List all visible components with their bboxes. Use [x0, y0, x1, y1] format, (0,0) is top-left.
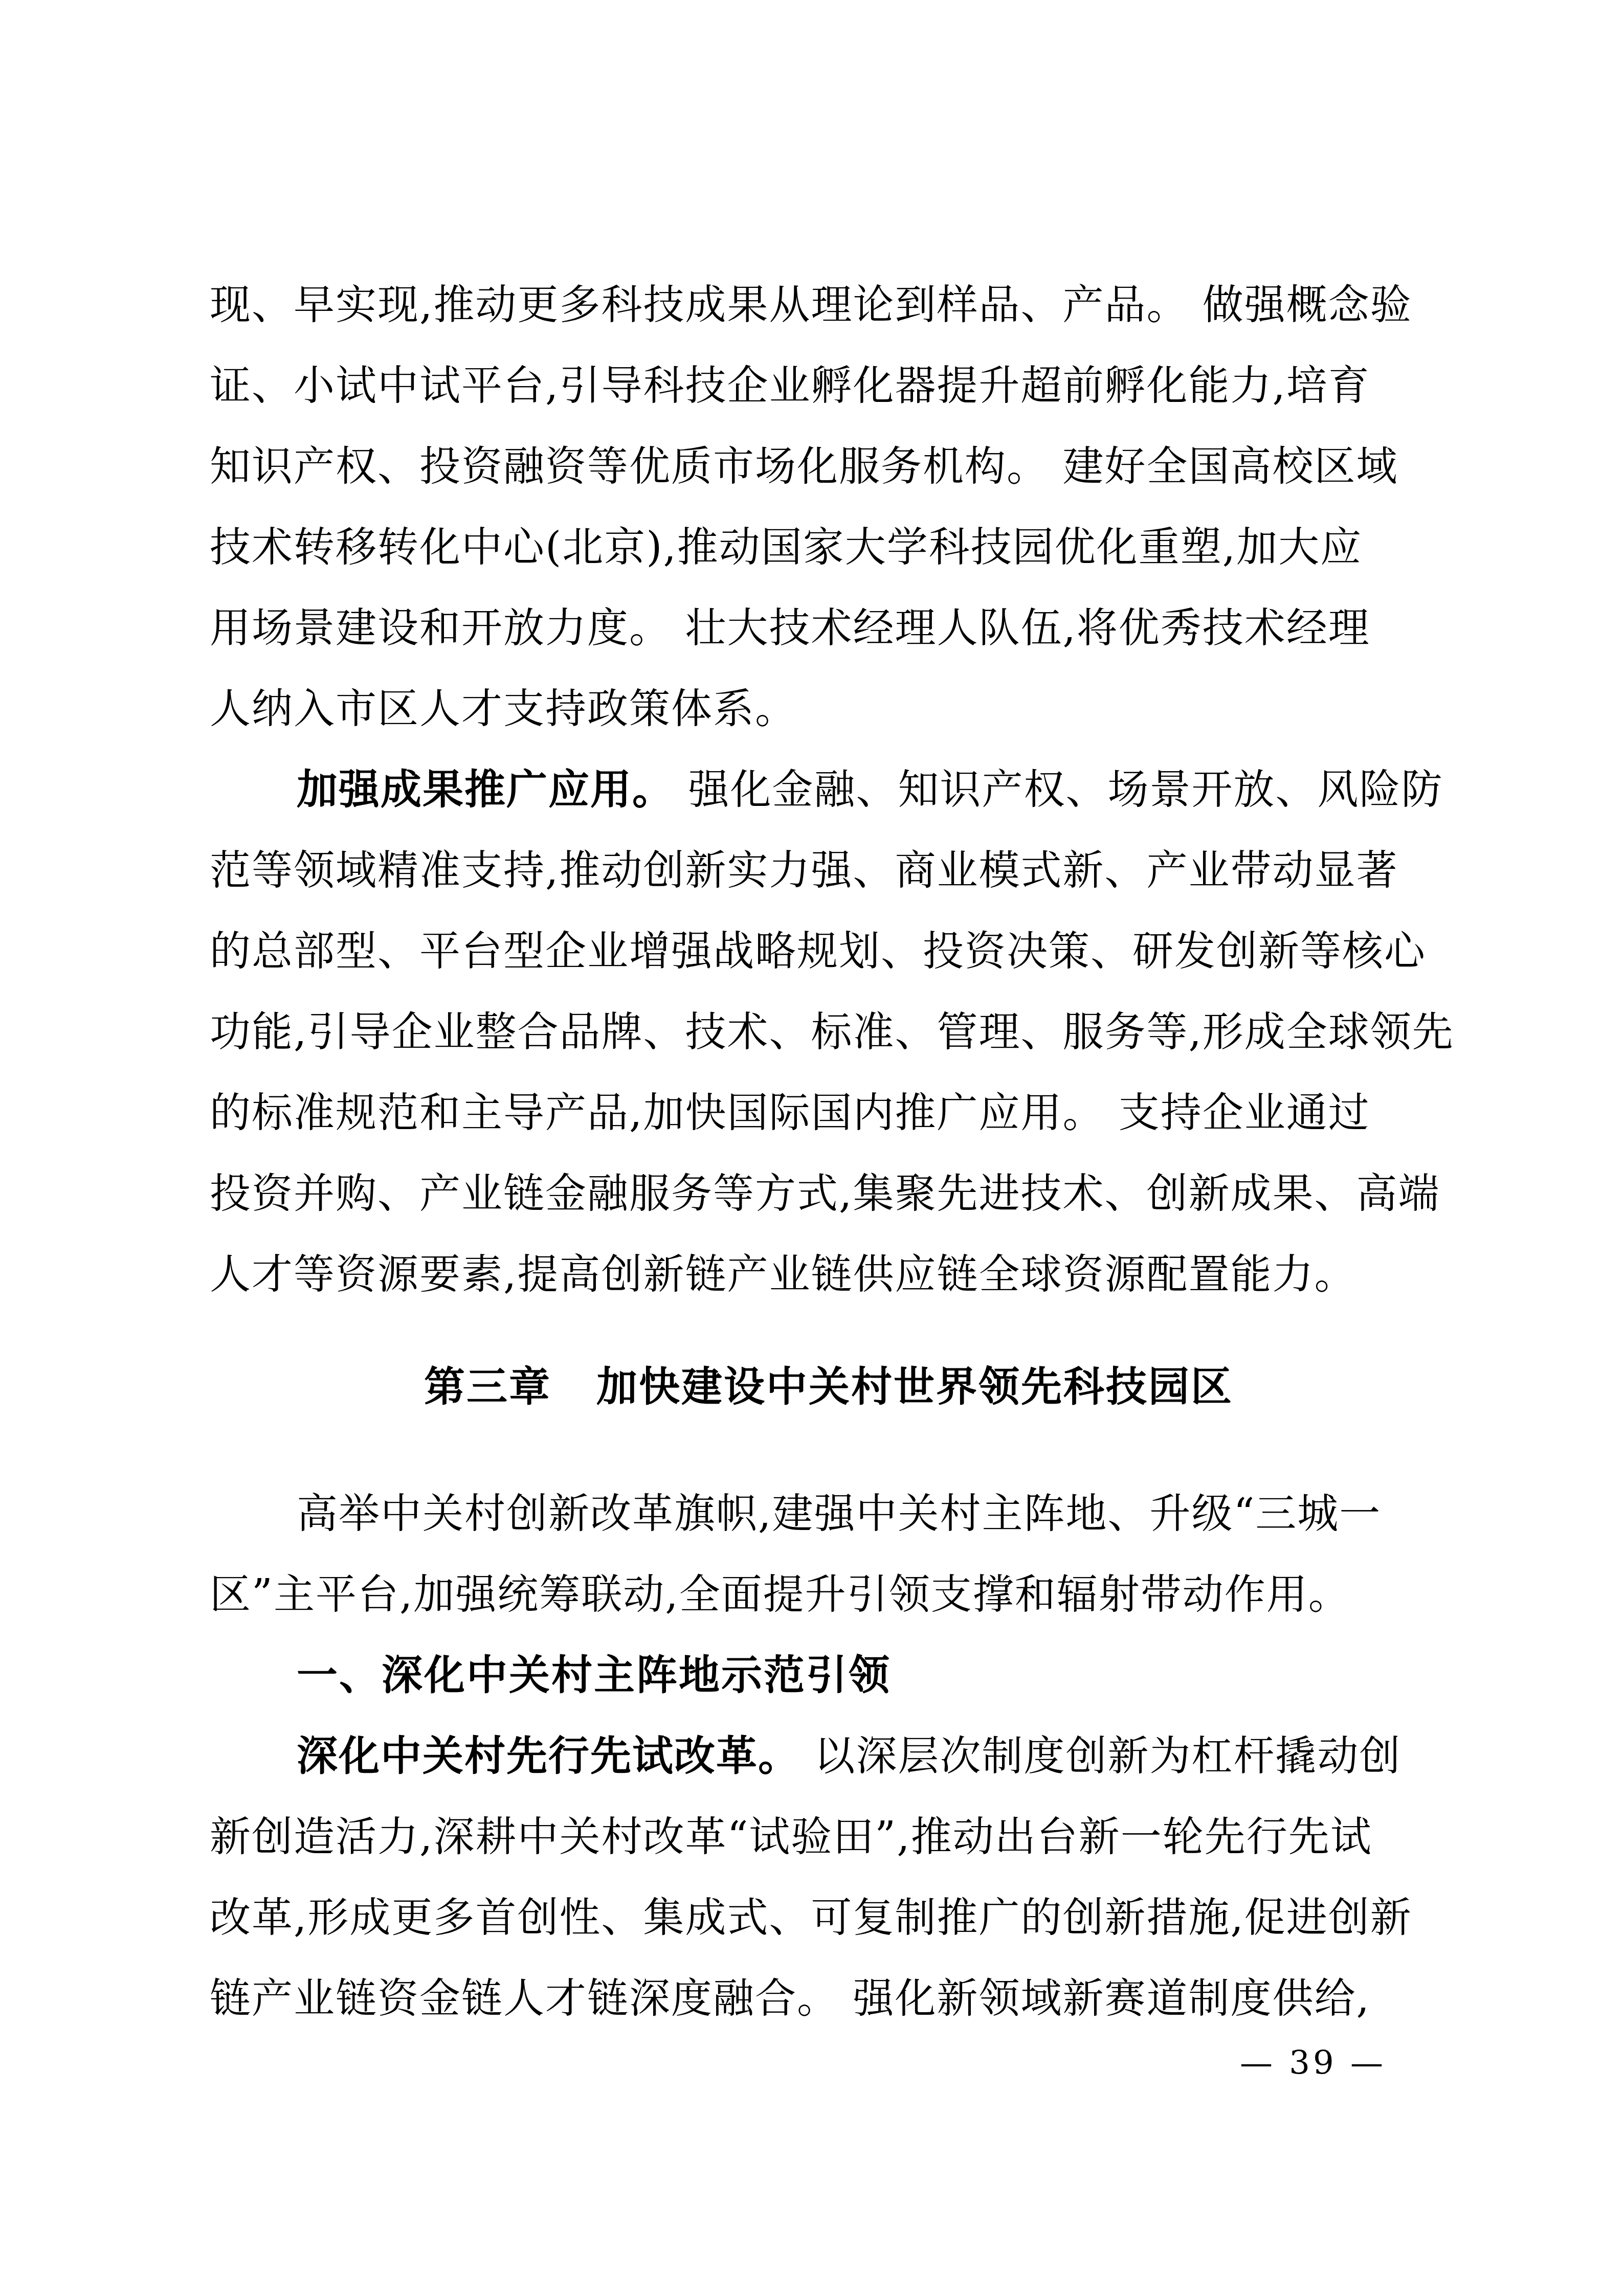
body-line: 链产业链资金链人才链深度融合。 强化新领域新赛道制度供给,	[210, 1970, 1448, 2051]
paragraph-lead-bold: 深化中关村先行先试改革。	[297, 1732, 800, 1780]
body-line: 范等领域精准支持,推动创新实力强、商业模式新、产业带动显著	[210, 842, 1448, 922]
body-line: 用场景建设和开放力度。 壮大技术经理人队伍,将优秀技术经理	[210, 599, 1448, 680]
body-line: 的标准规范和主导产品,加快国际国内推广应用。 支持企业通过	[210, 1084, 1448, 1165]
chapter-number: 第三章	[424, 1363, 551, 1410]
body-line: 改革,形成更多首创性、集成式、可复制推广的创新措施,促进创新	[210, 1889, 1448, 1970]
body-line: 投资并购、产业链金融服务等方式,集聚先进技术、创新成果、高端	[210, 1165, 1448, 1246]
body-line: 现、早实现,推动更多科技成果从理论到样品、产品。 做强概念验	[210, 276, 1448, 357]
body-line: 深化中关村先行先试改革。 以深层次制度创新为杠杆撬动创	[210, 1727, 1448, 1808]
document-page: 现、早实现,推动更多科技成果从理论到样品、产品。 做强概念验 证、小试中试平台,…	[0, 0, 1624, 2296]
paragraph-text: 强化金融、知识产权、场景开放、风险防	[674, 766, 1443, 813]
body-line: 新创造活力,深耕中关村改革“试验田”,推动出台新一轮先行先试	[210, 1808, 1448, 1889]
body-text: 现、早实现,推动更多科技成果从理论到样品、产品。 做强概念验 证、小试中试平台,…	[210, 276, 1448, 2051]
paragraph-lead-bold: 加强成果推广应用。	[297, 766, 674, 813]
body-line: 高举中关村创新改革旗帜,建强中关村主阵地、升级“三城一	[210, 1485, 1448, 1566]
body-line: 区”主平台,加强统筹联动,全面提升引领支撑和辐射带动作用。	[210, 1566, 1448, 1647]
body-line: 知识产权、投资融资等优质市场化服务机构。 建好全国高校区域	[210, 438, 1448, 519]
body-line: 功能,引导企业整合品牌、技术、标准、管理、服务等,形成全球领先	[210, 1003, 1448, 1084]
body-line: 的总部型、平台型企业增强战略规划、投资决策、研发创新等核心	[210, 922, 1448, 1003]
page-number: — 39 —	[1240, 2045, 1386, 2081]
chapter-title: 加快建设中关村世界领先科技园区	[596, 1363, 1233, 1410]
chapter-heading: 第三章加快建设中关村世界领先科技园区	[210, 1326, 1448, 1485]
body-line: 人纳入市区人才支持政策体系。	[210, 680, 1448, 761]
body-line: 证、小试中试平台,引导科技企业孵化器提升超前孵化能力,培育	[210, 357, 1448, 438]
body-line: 技术转移转化中心(北京),推动国家大学科技园优化重塑,加大应	[210, 519, 1448, 599]
body-line: 加强成果推广应用。 强化金融、知识产权、场景开放、风险防	[210, 761, 1448, 842]
paragraph-text: 以深层次制度创新为杠杆撬动创	[800, 1732, 1401, 1780]
body-line: 人才等资源要素,提高创新链产业链供应链全球资源配置能力。	[210, 1246, 1448, 1326]
section-heading: 一、深化中关村主阵地示范引领	[210, 1647, 1448, 1727]
